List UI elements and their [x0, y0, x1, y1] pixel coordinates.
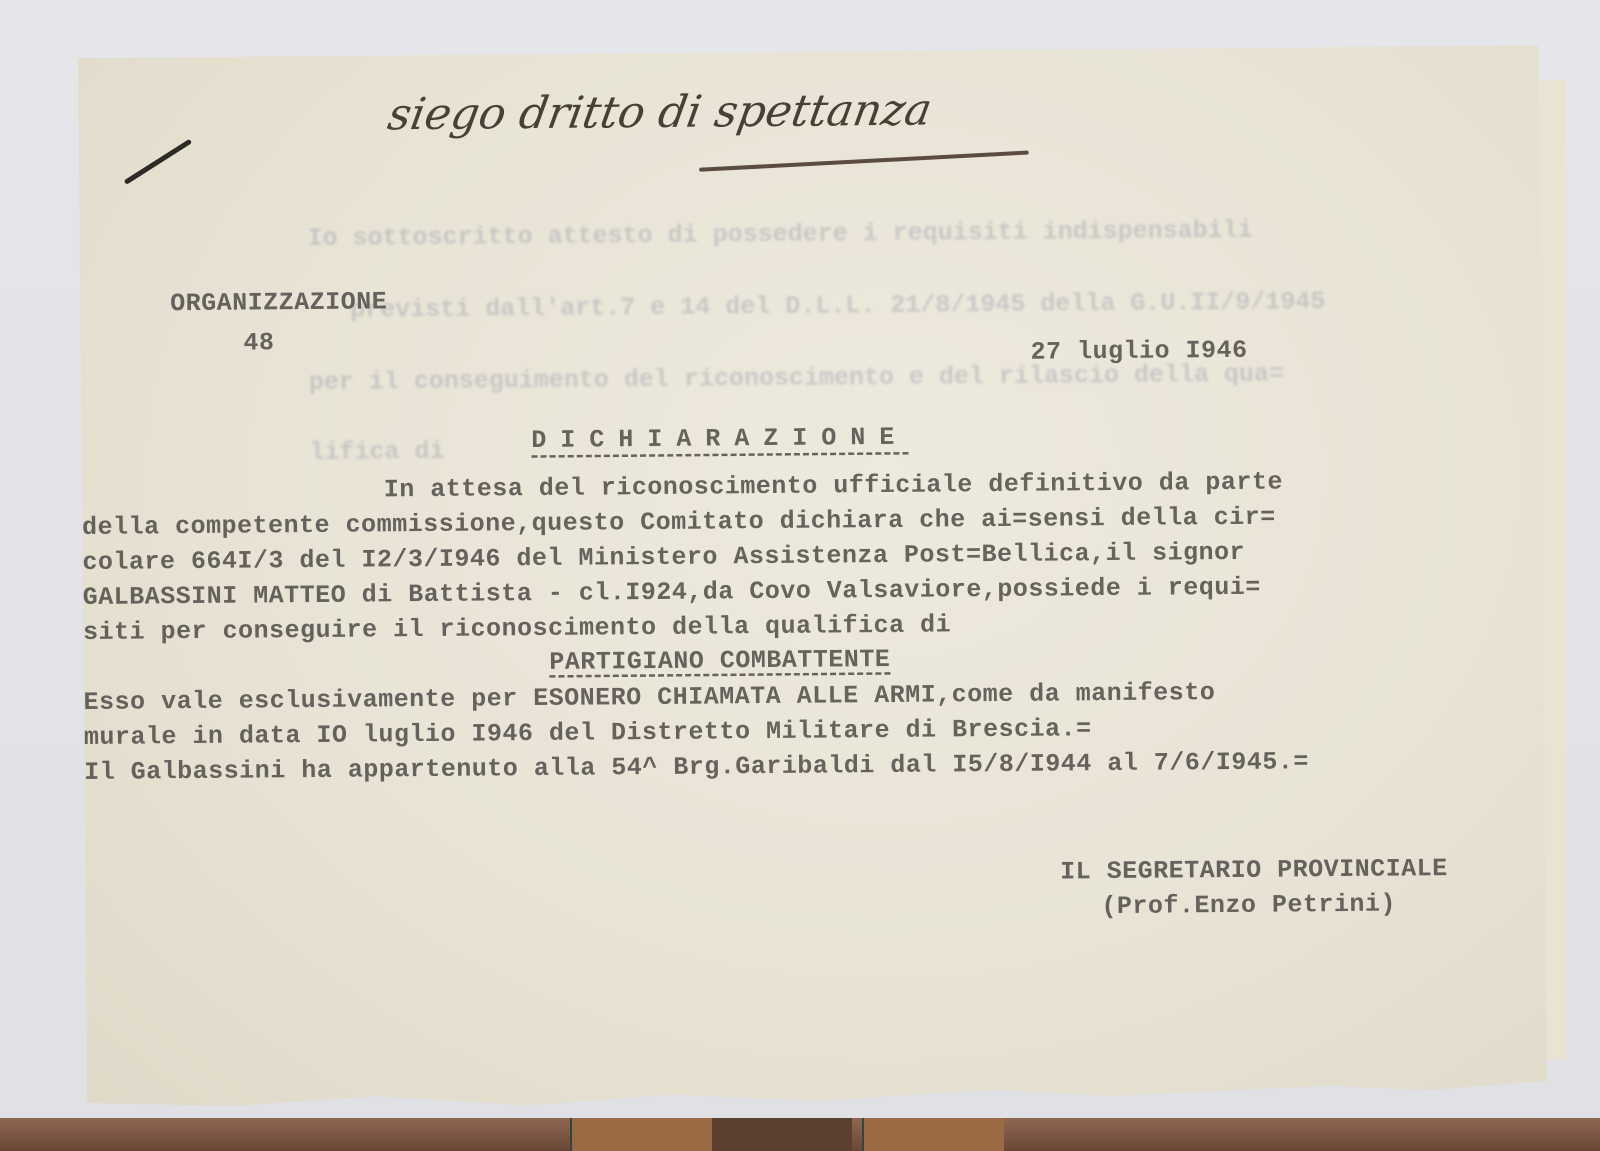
closing-line: murale in data IO luglio I946 del Distre… [84, 714, 1092, 752]
document-page: Io sottoscritto attesto di possedere i r… [78, 45, 1547, 1120]
closing-line: Esso vale esclusivamente per ESONERO CHI… [83, 678, 1215, 717]
shelf-block [570, 1118, 712, 1151]
staple-mark [124, 139, 192, 185]
body-line: In attesa del riconoscimento ufficiale d… [384, 468, 1283, 505]
wooden-shelf [0, 1118, 1600, 1151]
signature-name: (Prof.Enzo Petrini) [1101, 890, 1396, 922]
body-line: siti per conseguire il riconoscimento de… [83, 610, 951, 647]
document-date: 27 luglio I946 [1030, 336, 1247, 367]
shelf-block [862, 1118, 1004, 1151]
closing-line: Il Galbassini ha appartenuto alla 54^ Br… [84, 747, 1309, 787]
document-title: DICHIARAZIONE [531, 423, 908, 455]
body-line: della competente commissione,questo Comi… [82, 503, 1276, 542]
shelf-gap [712, 1118, 852, 1151]
qualification-heading: PARTIGIANO COMBATTENTE [549, 645, 890, 677]
bleed-through-line: lifica di [309, 437, 444, 467]
bleed-through-line: previsti dall'art.7 e 14 del D.L.L. 21/8… [350, 287, 1325, 325]
handwritten-underline [699, 151, 1029, 172]
signature-title: IL SEGRETARIO PROVINCIALE [1060, 854, 1448, 886]
body-line: GALBASSINI MATTEO di Battista - cl.I924,… [83, 573, 1261, 612]
body-line: colare 664I/3 del I2/3/I946 del Minister… [82, 538, 1245, 577]
handwritten-note: siego dritto di spettanza [384, 85, 935, 141]
organization-number: 48 [243, 328, 274, 357]
organization-label: ORGANIZZAZIONE [170, 287, 387, 318]
bleed-through-line: Io sottoscritto attesto di possedere i r… [307, 216, 1252, 253]
